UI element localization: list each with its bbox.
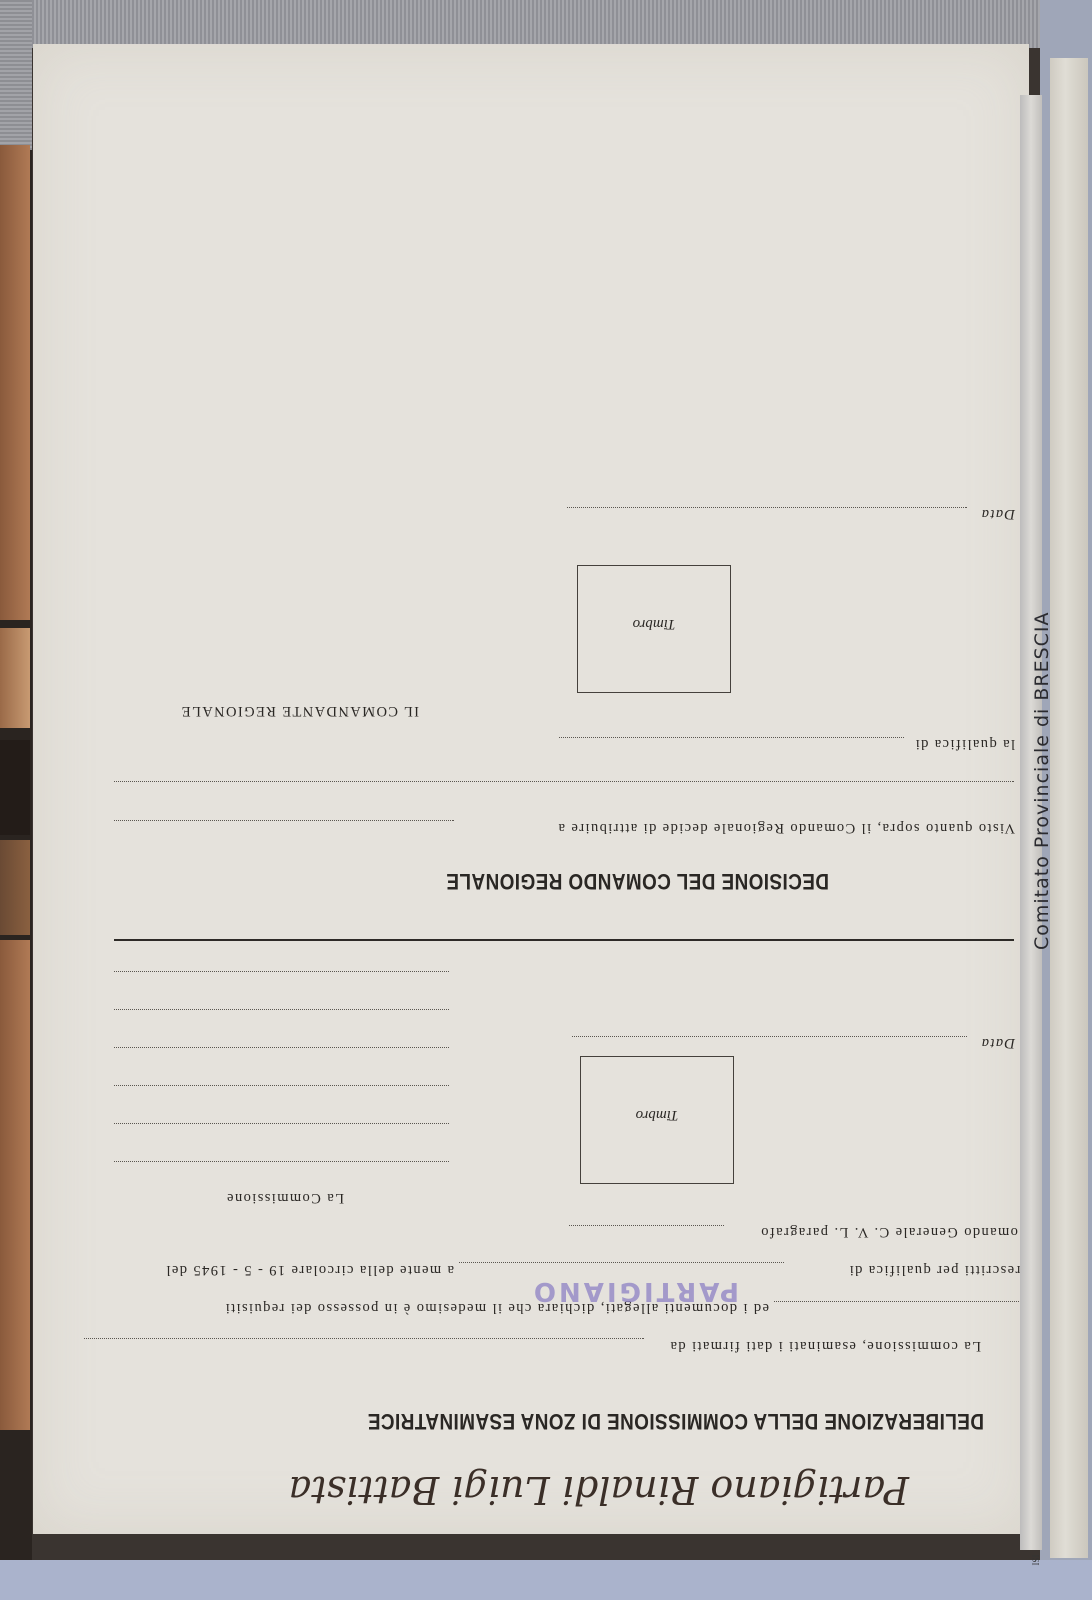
stamp-box-label: Timbro — [578, 615, 730, 632]
scanner-bed-top — [0, 0, 1092, 48]
corner-mark: ISI — [1031, 1555, 1041, 1566]
commission-line-3a: prescritti per qualifica di — [848, 1261, 1029, 1278]
regional-signature-label: IL COMANDANTE REGIONALE — [180, 702, 419, 719]
binder-segment — [0, 940, 30, 1430]
regional-stamp-box: Timbro — [577, 565, 731, 693]
commission-line-3b: a mente della circolare 19 - 5 - 1945 de… — [165, 1261, 454, 1278]
commission-signature-line-5[interactable] — [114, 1009, 449, 1010]
qualification-field[interactable] — [459, 1262, 784, 1263]
stamp-box-label: Timbro — [581, 1106, 733, 1123]
binder-segment — [0, 840, 30, 935]
commission-stamp-box: Timbro — [580, 1056, 734, 1184]
regional-line-1: Visto quanto sopra, il Comando Regionale… — [557, 819, 1015, 836]
partigiano-stamp: PARTIGIANO — [531, 1276, 739, 1306]
regional-title: DECISIONE DEL COMANDO REGIONALE — [446, 868, 829, 894]
handwritten-annotation: Partigiano Rinaldi Luigi Battista — [289, 1468, 909, 1512]
commission-date-label: Data — [980, 1034, 1015, 1051]
regional-line-2: la qualifica di — [914, 735, 1015, 752]
signed-by-field[interactable] — [84, 1338, 644, 1339]
commission-signature-line-4[interactable] — [114, 1047, 449, 1048]
commission-title: DELIBERAZIONE DELLA COMMISSIONE DI ZONA … — [367, 1408, 984, 1434]
commission-signature-line-6[interactable] — [114, 971, 449, 972]
commission-signature-line-2[interactable] — [114, 1123, 449, 1124]
section-divider — [114, 939, 1014, 941]
attribute-to-field[interactable] — [114, 820, 454, 821]
commission-signature-line-3[interactable] — [114, 1085, 449, 1086]
scanner-bed-bottom — [0, 1560, 1092, 1600]
commission-date-field[interactable] — [572, 1036, 967, 1037]
attribute-to-field-continued[interactable] — [114, 781, 1014, 782]
paragraph-field[interactable] — [569, 1225, 724, 1226]
commission-signature-line-1[interactable] — [114, 1161, 449, 1162]
binder-segment — [0, 145, 30, 620]
folded-flap — [1050, 58, 1088, 1558]
commission-line-1: La commissione, esaminati i dati firmati… — [669, 1337, 981, 1354]
regional-date-label: Data — [980, 505, 1015, 522]
regional-qualification-field[interactable] — [559, 737, 904, 738]
archive-label-text: Comitato Provinciale di BRESCIA — [1031, 611, 1053, 950]
binder-spine-left — [0, 0, 32, 1600]
form-content-rotated: Partigiano Rinaldi Luigi Battista DELIBE… — [33, 44, 1029, 1534]
regional-date-field[interactable] — [567, 507, 967, 508]
document-sheet: Partigiano Rinaldi Luigi Battista DELIBE… — [33, 44, 1029, 1534]
binder-segment — [0, 628, 30, 728]
commission-line-4: Comando Generale C. V. L. paragrafo — [760, 1223, 1029, 1240]
binder-ribbon — [0, 0, 32, 150]
binder-segment — [0, 740, 30, 835]
name-field[interactable] — [774, 1301, 1019, 1302]
commission-signature-label: La Commissione — [226, 1189, 344, 1206]
